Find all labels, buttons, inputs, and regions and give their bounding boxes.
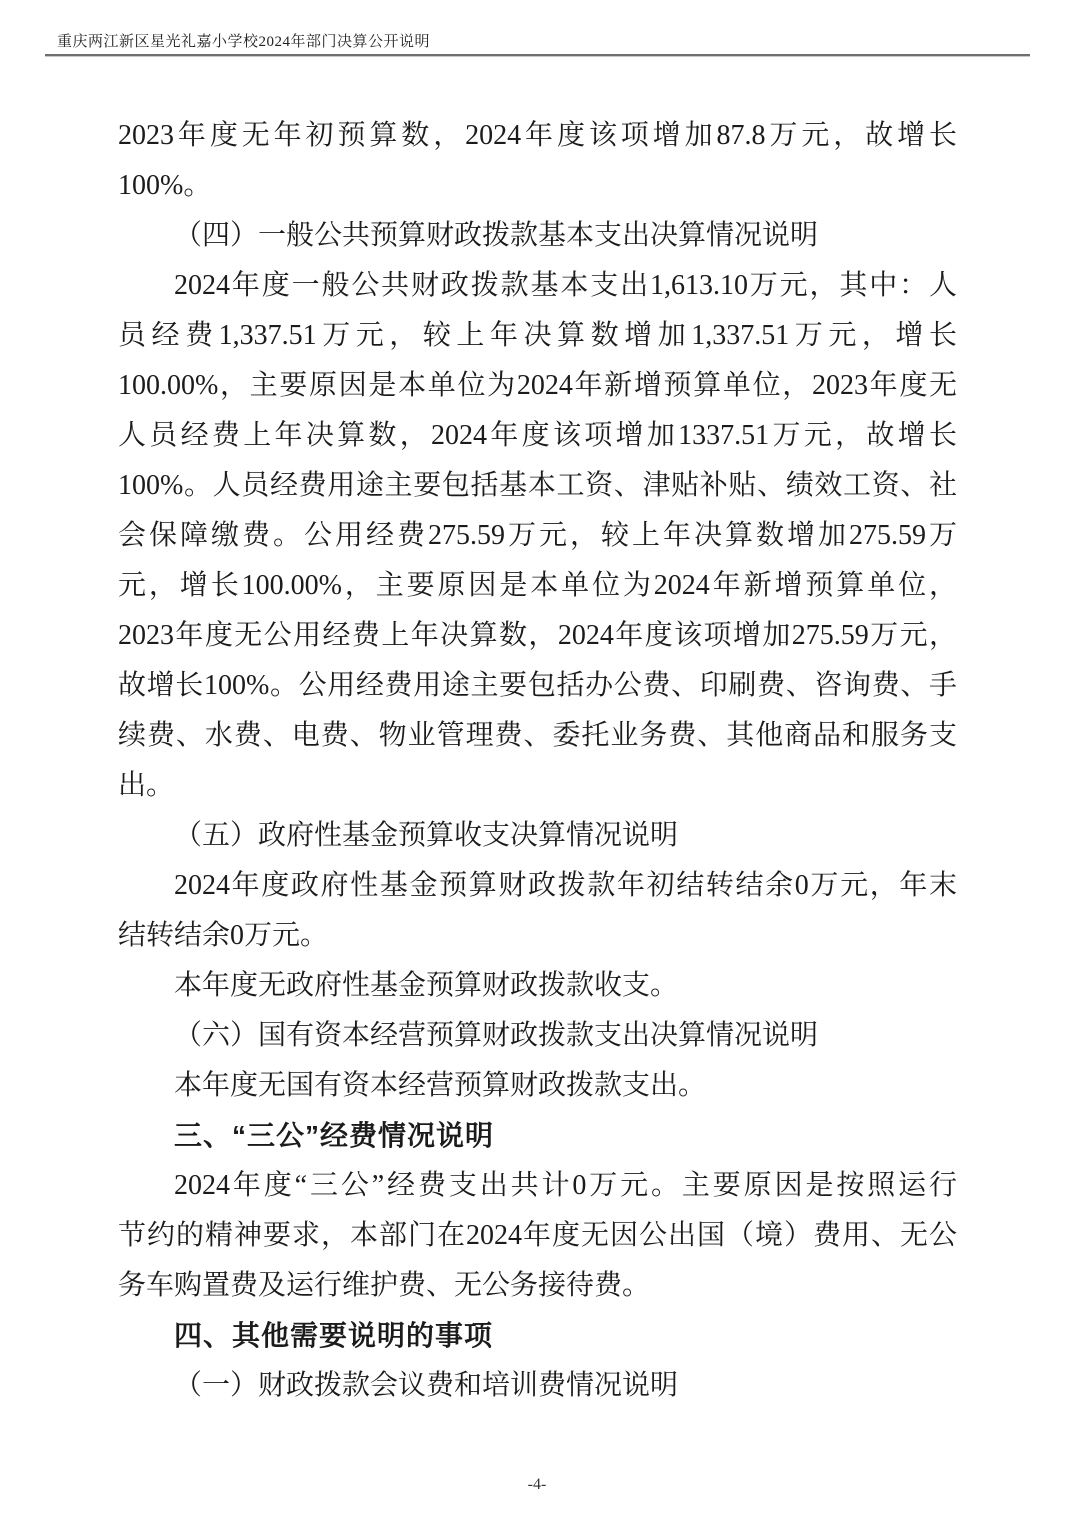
header-rule (45, 54, 1030, 57)
text-line: 结转结余0万元。 (118, 911, 957, 961)
text-line: （六）国有资本经营预算财政拨款支出决算情况说明 (118, 1011, 957, 1061)
text-line: 故增长100%。公用经费用途主要包括办公费、印刷费、咨询费、手 (118, 661, 957, 711)
text-line: （五）政府性基金预算收支决算情况说明 (118, 811, 957, 861)
text-line: 100.00%，主要原因是本单位为2024年新增预算单位，2023年度无 (118, 361, 957, 411)
text-line: 2024年度“三公”经费支出共计0万元。主要原因是按照运行 (118, 1161, 957, 1211)
text-line: 本年度无政府性基金预算财政拨款收支。 (118, 961, 957, 1011)
section-heading: 三、“三公”经费情况说明 (118, 1111, 957, 1161)
text-line: 2024年度一般公共财政拨款基本支出1,613.10万元，其中：人 (118, 261, 957, 311)
text-line: 2023年度无年初预算数，2024年度该项增加87.8万元，故增长 (118, 111, 957, 161)
text-line: 本年度无国有资本经营预算财政拨款支出。 (118, 1061, 957, 1111)
document-page: 重庆两江新区星光礼嘉小学校2024年部门决算公开说明 2023年度无年初预算数，… (0, 0, 1074, 1520)
text-line: 元，增长100.00%，主要原因是本单位为2024年新增预算单位， (118, 561, 957, 611)
text-line: 100%。 (118, 161, 957, 211)
text-line: （四）一般公共预算财政拨款基本支出决算情况说明 (118, 211, 957, 261)
text-line: 务车购置费及运行维护费、无公务接待费。 (118, 1261, 957, 1311)
text-line: 会保障缴费。公用经费275.59万元，较上年决算数增加275.59万 (118, 511, 957, 561)
document-body: 2023年度无年初预算数，2024年度该项增加87.8万元，故增长100%。（四… (118, 111, 957, 1411)
text-line: 2023年度无公用经费上年决算数，2024年度该项增加275.59万元， (118, 611, 957, 661)
text-line: （一）财政拨款会议费和培训费情况说明 (118, 1361, 957, 1411)
text-line: 100%。人员经费用途主要包括基本工资、津贴补贴、绩效工资、社 (118, 461, 957, 511)
text-line: 2024年度政府性基金预算财政拨款年初结转结余0万元，年末 (118, 861, 957, 911)
text-line: 出。 (118, 761, 957, 811)
text-line: 节约的精神要求，本部门在2024年度无因公出国（境）费用、无公 (118, 1211, 957, 1261)
text-line: 续费、水费、电费、物业管理费、委托业务费、其他商品和服务支 (118, 711, 957, 761)
text-line: 员经费1,337.51万元，较上年决算数增加1,337.51万元，增长 (118, 311, 957, 361)
section-heading: 四、其他需要说明的事项 (118, 1311, 957, 1361)
header-title: 重庆两江新区星光礼嘉小学校2024年部门决算公开说明 (57, 31, 430, 53)
text-line: 人员经费上年决算数，2024年度该项增加1337.51万元，故增长 (118, 411, 957, 461)
page-number: -4- (0, 1476, 1074, 1494)
